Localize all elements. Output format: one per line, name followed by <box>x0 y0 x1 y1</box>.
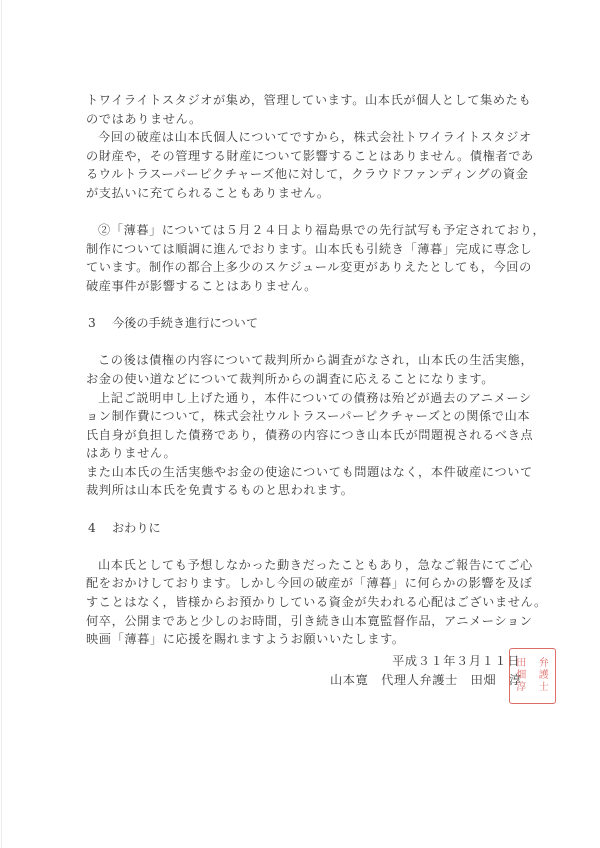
text-line: 今回の破産は山本氏個人についてですから，株式会社トワイライトスタジオ <box>86 128 526 147</box>
text-line: るウルトラスーパーピクチャーズ他に対して，クラウドファンディングの資金 <box>86 165 526 184</box>
text-line: ています。制作の都合上多少のスケジュール変更がありえたとしても，今回の <box>86 258 526 277</box>
seal-stamp: 田 畑 淳 弁 護 士 <box>509 648 556 704</box>
spacer <box>86 203 526 222</box>
section-3-paragraph-1: この後は債権の内容について裁判所から調査がなされ，山本氏の生活実態， お金の使い… <box>86 351 526 388</box>
spacer <box>86 537 526 556</box>
section-title: おわりに <box>112 521 161 535</box>
signer: 山本寛 代理人弁護士 田畑 淳 <box>330 671 520 690</box>
signature-block: 平成３１年３月１１日 山本寛 代理人弁護士 田畑 淳 <box>330 652 520 689</box>
text-line: のではありません。 <box>86 110 526 129</box>
text-line: 何卒，公開まであと少しのお時間，引き続き山本寛監督作品，アニメーション <box>86 612 526 631</box>
text-line: ②「薄暮」については５月２４日より福島県での先行試写も予定されており， <box>86 221 526 240</box>
text-line: 破産事件が影響することはありません。 <box>86 277 526 296</box>
text-line: 裁判所は山本氏を免責するものと思われます。 <box>86 481 526 500</box>
stamp-char: 田 <box>516 658 526 670</box>
text-line: すことはなく，皆様からお預かりしている資金が失われる心配はございません。 <box>86 593 526 612</box>
section-number: 3 <box>86 314 112 333</box>
usugure-paragraph: ②「薄暮」については５月２４日より福島県での先行試写も予定されており， 制作につ… <box>86 221 526 295</box>
text-line: トワイライトスタジオが集め，管理しています。山本氏が個人として集めたも <box>86 91 526 110</box>
stamp-left-column: 田 畑 淳 <box>510 649 533 703</box>
text-line: この後は債権の内容について裁判所から調査がなされ，山本氏の生活実態， <box>86 351 526 370</box>
text-line: 山本氏としても予想しなかった動きだったこともあり，急なご報告にてご心 <box>86 556 526 575</box>
section-3-heading: 3今後の手続き進行について <box>86 314 526 333</box>
section-3-paragraph-3: また山本氏の生活実態やお金の使途についても問題はなく，本件破産について 裁判所は… <box>86 463 526 500</box>
section-title: 今後の手続き進行について <box>112 316 258 330</box>
spacer <box>86 500 526 519</box>
stamp-right-column: 弁 護 士 <box>533 649 556 703</box>
stamp-char: 弁 <box>539 658 549 670</box>
text-line: 制作については順調に進んでおります。山本氏も引続き「薄暮」完成に専念し <box>86 240 526 259</box>
page-edge <box>1 0 2 848</box>
text-line: 映画「薄暮」に応援を賜れますようお願いいたします。 <box>86 630 526 649</box>
stamp-char: 淳 <box>516 682 526 694</box>
text-line: お金の使い道などについて裁判所からの調査に応えることになります。 <box>86 370 526 389</box>
text-line: ョン制作費について，株式会社ウルトラスーパーピクチャーズとの関係で山本 <box>86 407 526 426</box>
spacer <box>86 333 526 352</box>
stamp-char: 護 <box>539 670 549 682</box>
bankruptcy-paragraph: 今回の破産は山本氏個人についてですから，株式会社トワイライトスタジオ の財産や，… <box>86 128 526 202</box>
text-line: はありません。 <box>86 444 526 463</box>
date: 平成３１年３月１１日 <box>330 652 520 671</box>
section-4-heading: 4おわりに <box>86 519 526 538</box>
section-4-paragraph-1: 山本氏としても予想しなかった動きだったこともあり，急なご報告にてご心 配をおかけ… <box>86 556 526 649</box>
text-line: が支払いに充てられることもありません。 <box>86 184 526 203</box>
text-line: の財産や，その管理する財産について影響することはありません。債権者であ <box>86 147 526 166</box>
section-number: 4 <box>86 519 112 538</box>
stamp-char: 士 <box>539 682 549 694</box>
text-line: また山本氏の生活実態やお金の使途についても問題はなく，本件破産について <box>86 463 526 482</box>
text-line: 氏自身が負担した債務であり，債務の内容につき山本氏が問題視されるべき点 <box>86 426 526 445</box>
continuation-paragraph: トワイライトスタジオが集め，管理しています。山本氏が個人として集めたも のではあ… <box>86 91 526 128</box>
stamp-char: 畑 <box>516 670 526 682</box>
spacer <box>86 296 526 315</box>
text-line: 上記ご説明申し上げた通り，本件についての債務は殆どが過去のアニメーシ <box>86 389 526 408</box>
section-3-paragraph-2: 上記ご説明申し上げた通り，本件についての債務は殆どが過去のアニメーシ ョン制作費… <box>86 389 526 463</box>
text-line: 配をおかけしております。しかし今回の破産が「薄暮」に何らかの影響を及ぼ <box>86 574 526 593</box>
document-body: トワイライトスタジオが集め，管理しています。山本氏が個人として集めたも のではあ… <box>86 91 526 649</box>
